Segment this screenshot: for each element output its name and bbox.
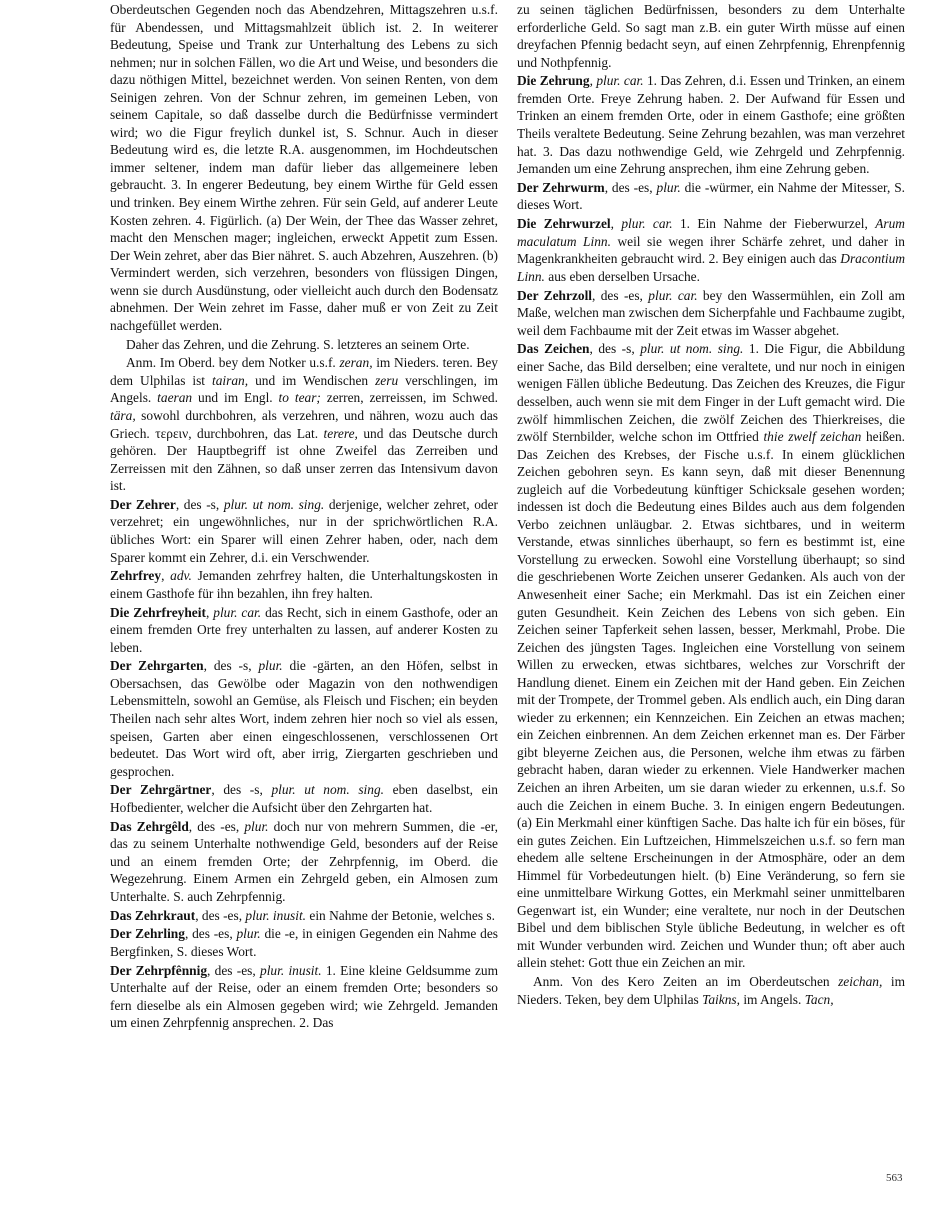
headword: Die Zehrfreyheit xyxy=(110,605,206,620)
dictionary-entry: Die Zehrfreyheit, plur. car. das Recht, … xyxy=(110,604,498,657)
italic-term: plur. inusit. xyxy=(245,908,306,923)
page-number: 563 xyxy=(886,1172,903,1184)
note-paragraph: Anm. Von des Kero Zeiten an im Oberdeuts… xyxy=(517,973,905,1008)
body-text: , des -es, xyxy=(207,963,260,978)
italic-term: thie zwelf zeichan xyxy=(763,429,861,444)
body-text: 1. Ein Nahme der Fieberwurzel, xyxy=(673,216,876,231)
italic-term: taeran xyxy=(157,390,192,405)
body-text: , des -s, xyxy=(204,658,259,673)
headword: Der Zehrzoll xyxy=(517,288,592,303)
italic-term: tairan, xyxy=(212,373,248,388)
body-text: Anm. Im Oberd. bey dem Notker u.s.f. xyxy=(126,355,339,370)
italic-term: to tear; xyxy=(279,390,321,405)
right-column: zu seinen täglichen Bedürfnissen, besond… xyxy=(517,1,905,1009)
body-text: , des -s, xyxy=(589,341,640,356)
body-text: Anm. Von des Kero Zeiten an im Oberdeuts… xyxy=(533,974,838,989)
headword: Der Zehrpfênnig xyxy=(110,963,207,978)
headword: Die Zehrung xyxy=(517,73,590,88)
body-text: die -gärten, an den Höfen, selbst in Obe… xyxy=(110,658,498,778)
body-text: zu seinen täglichen Bedürfnissen, besond… xyxy=(517,2,905,70)
body-text: im Angels. xyxy=(740,992,805,1007)
italic-term: plur. car. xyxy=(596,73,643,88)
italic-term: tära, xyxy=(110,408,136,423)
body-text: und im Engl. xyxy=(192,390,278,405)
headword: Der Zehrling xyxy=(110,926,185,941)
dictionary-entry: Der Zehrzoll, des -es, plur. car. bey de… xyxy=(517,287,905,340)
dictionary-entry: Der Zehrgärtner, des -s, plur. ut nom. s… xyxy=(110,781,498,816)
body-text: Oberdeutschen Gegenden noch das Abendzeh… xyxy=(110,2,498,333)
dictionary-entry: Der Zehrling, des -es, plur. die -e, in … xyxy=(110,925,498,960)
headword: Der Zehrgarten xyxy=(110,658,204,673)
italic-term: plur. xyxy=(258,658,282,673)
italic-term: plur. xyxy=(657,180,681,195)
italic-term: plur. xyxy=(236,926,260,941)
italic-term: plur. inusit. xyxy=(260,963,322,978)
body-text: , des -s, xyxy=(211,782,271,797)
dictionary-entry: Der Zehrwurm, des -es, plur. die -würmer… xyxy=(517,179,905,214)
italic-term: plur. car. xyxy=(648,288,697,303)
italic-term: zeichan, xyxy=(838,974,882,989)
continued-paragraph: zu seinen täglichen Bedürfnissen, besond… xyxy=(517,1,905,71)
note-paragraph: Daher das Zehren, und die Zehrung. S. le… xyxy=(110,336,498,354)
italic-term: zeru xyxy=(375,373,398,388)
dictionary-entry: Der Zehrpfênnig, des -es, plur. inusit. … xyxy=(110,962,498,1032)
dictionary-entry: Der Zehrgarten, des -s, plur. die -gärte… xyxy=(110,657,498,780)
body-text: , des -s, xyxy=(176,497,224,512)
dictionary-entry: Die Zehrwurzel, plur. car. 1. Ein Nahme … xyxy=(517,215,905,285)
italic-term: Taikns, xyxy=(702,992,740,1007)
dictionary-entry: Das Zeichen, des -s, plur. ut nom. sing.… xyxy=(517,340,905,972)
body-text: , des -es, xyxy=(185,926,237,941)
body-text: , des -es, xyxy=(592,288,648,303)
dictionary-entry: Zehrfrey, adv. Jemanden zehrfrey halten,… xyxy=(110,567,498,602)
headword: Das Zeichen xyxy=(517,341,589,356)
italic-term: plur. ut nom. sing. xyxy=(271,782,384,797)
italic-term: plur. car. xyxy=(621,216,672,231)
body-text: 1. Das Zehren, d.i. Essen und Trinken, a… xyxy=(517,73,905,176)
dictionary-entry: Das Zehrkraut, des -es, plur. inusit. ei… xyxy=(110,907,498,925)
dictionary-entry: Der Zehrer, des -s, plur. ut nom. sing. … xyxy=(110,496,498,566)
dictionary-entry: Die Zehrung, plur. car. 1. Das Zehren, d… xyxy=(517,72,905,177)
body-text: aus eben derselben Ursache. xyxy=(545,269,700,284)
headword: Das Zehrkraut xyxy=(110,908,195,923)
italic-term: zeran, xyxy=(339,355,372,370)
left-column: Oberdeutschen Gegenden noch das Abendzeh… xyxy=(110,1,498,1033)
headword: Der Zehrgärtner xyxy=(110,782,211,797)
body-text: heißen. Das Zeichen des Krebses, der Fis… xyxy=(517,429,905,970)
body-text: zerren, zerreissen, im Schwed. xyxy=(321,390,498,405)
dictionary-entry: Das Zehrgêld, des -es, plur. doch nur vo… xyxy=(110,818,498,906)
headword: Die Zehrwurzel xyxy=(517,216,611,231)
headword: Der Zehrer xyxy=(110,497,176,512)
italic-term: adv. xyxy=(170,568,192,583)
note-paragraph: Anm. Im Oberd. bey dem Notker u.s.f. zer… xyxy=(110,354,498,494)
headword: Zehrfrey xyxy=(110,568,161,583)
body-text: und im Wendischen xyxy=(248,373,375,388)
italic-term: plur. ut nom. sing. xyxy=(640,341,743,356)
body-text: , xyxy=(161,568,170,583)
italic-term: Tacn, xyxy=(805,992,834,1007)
body-text: , des -es, xyxy=(189,819,245,834)
italic-term: plur. car. xyxy=(213,605,261,620)
italic-term: plur. ut nom. sing. xyxy=(224,497,324,512)
headword: Das Zehrgêld xyxy=(110,819,189,834)
body-text: ein Nahme der Betonie, welches s. xyxy=(306,908,495,923)
italic-term: plur. xyxy=(244,819,268,834)
continued-paragraph: Oberdeutschen Gegenden noch das Abendzeh… xyxy=(110,1,498,334)
body-text: , xyxy=(611,216,622,231)
headword: Der Zehrwurm xyxy=(517,180,605,195)
body-text: , des -es, xyxy=(605,180,657,195)
body-text: Daher das Zehren, und die Zehrung. S. le… xyxy=(126,337,470,352)
italic-term: terere, xyxy=(324,426,358,441)
body-text: , des -es, xyxy=(195,908,245,923)
